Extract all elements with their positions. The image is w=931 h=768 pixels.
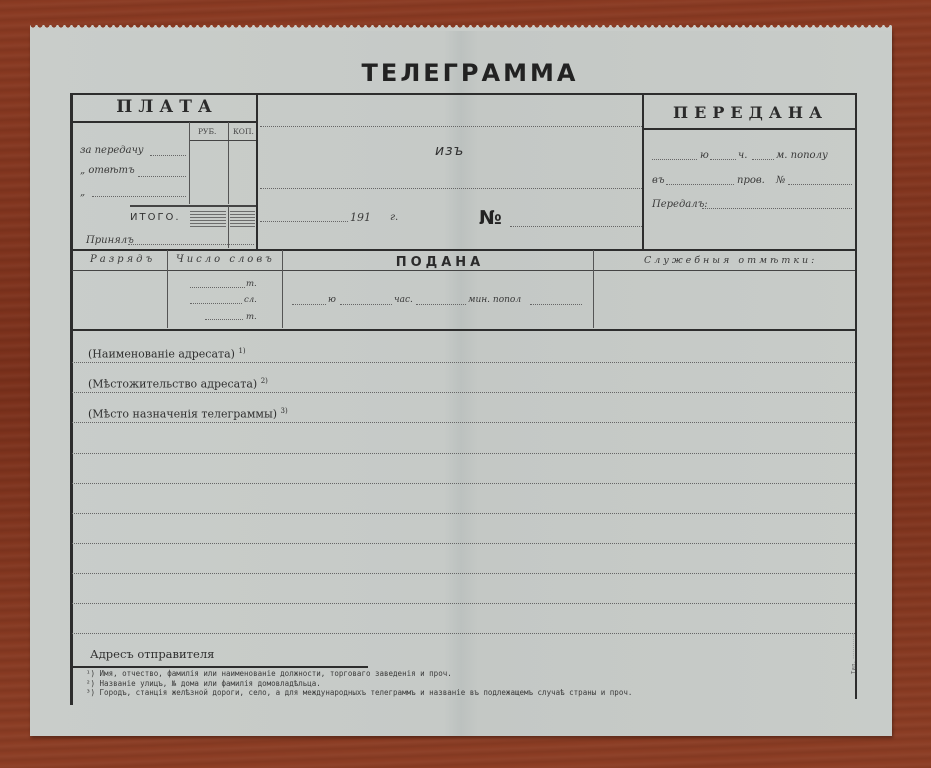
footnote-1: ¹) Имя, отчество, фамилія или наименован… xyxy=(86,669,452,678)
message-line-5[interactable] xyxy=(72,573,855,574)
destination-text: (Мѣсто назначенія телеграммы) xyxy=(88,408,277,421)
plata-header: ПЛАТА xyxy=(82,97,252,117)
submitted-min-label: мин. попол xyxy=(468,295,521,305)
printer-imprint: Тип. ············ xyxy=(851,614,857,674)
plata-header-rule xyxy=(72,121,257,123)
plata-accepted-label: Принялъ xyxy=(86,235,134,246)
peredana-day-label: ю xyxy=(700,150,709,161)
plata-row-2-blank[interactable] xyxy=(138,176,186,177)
submitted-day-label: ю xyxy=(328,295,336,305)
submitted-header: ПОДАНА xyxy=(330,255,550,270)
destination-line[interactable] xyxy=(72,422,855,423)
message-line-4[interactable] xyxy=(72,543,855,544)
peredana-num-label: № xyxy=(776,175,785,186)
peredana-via-blank[interactable] xyxy=(666,184,734,185)
frame-top xyxy=(70,93,857,95)
message-line-2[interactable] xyxy=(72,483,855,484)
footnote-ref-1: 1) xyxy=(238,347,245,355)
footnote-3: ³) Городъ, станція желѣзной дороги, село… xyxy=(86,688,632,697)
message-line-7[interactable] xyxy=(72,633,855,634)
submitted-tail-blank[interactable] xyxy=(530,304,582,305)
plata-col-divider-2 xyxy=(228,122,229,204)
origin-number-sign: № xyxy=(479,207,502,229)
plata-total-rub-field[interactable] xyxy=(190,211,226,229)
words-row-1-label: т. xyxy=(246,279,257,289)
peredana-min-blank[interactable] xyxy=(752,159,774,160)
middle-divider-1 xyxy=(167,250,168,328)
submitted-hour-blank[interactable] xyxy=(340,304,392,305)
peredana-via-label: въ xyxy=(652,175,665,186)
middle-header-rule xyxy=(72,270,855,271)
peredana-min-label: м. пополу xyxy=(776,150,828,161)
plata-accepted-blank[interactable] xyxy=(128,244,254,245)
plata-row-reply: „ отвѣтъ xyxy=(80,165,135,176)
frame-right xyxy=(855,93,857,699)
peredana-header: ПЕРЕДАНА xyxy=(648,103,853,122)
sender-address-rule[interactable] xyxy=(72,666,368,668)
message-line-1[interactable] xyxy=(72,453,855,454)
origin-year-suffix: г. xyxy=(390,212,398,223)
peredana-sender-label: Передалъ: xyxy=(652,199,708,210)
submitted-hour-label: час. xyxy=(394,295,413,305)
message-line-6[interactable] xyxy=(72,603,855,604)
message-line-3[interactable] xyxy=(72,513,855,514)
addressee-residence-line[interactable] xyxy=(72,392,855,393)
category-header: Разрядъ xyxy=(90,254,155,265)
words-row-2-blank[interactable] xyxy=(190,303,242,304)
middle-divider-3 xyxy=(593,250,594,328)
origin-year: 191 xyxy=(350,211,371,224)
telegram-form: ТЕЛЕГРАММА ПЛАТА РУБ. КОП. за передачу „… xyxy=(30,29,892,736)
plata-col-rub: РУБ. xyxy=(198,127,216,136)
submitted-min-blank[interactable] xyxy=(416,304,466,305)
footnote-ref-3: 3) xyxy=(281,407,288,415)
middle-divider-2 xyxy=(282,250,283,328)
origin-number-blank[interactable] xyxy=(510,226,642,227)
plata-row-3-blank[interactable] xyxy=(92,196,186,197)
plata-total-kop-field[interactable] xyxy=(230,211,255,229)
peredana-day-blank[interactable] xyxy=(652,159,697,160)
middle-top-rule xyxy=(72,249,857,251)
sender-address-label: Адресъ отправителя xyxy=(90,647,214,661)
plata-row-1-blank[interactable] xyxy=(150,155,186,156)
plata-total-divider xyxy=(228,206,229,248)
form-title: ТЕЛЕГРАММА xyxy=(360,59,580,87)
peredana-header-rule xyxy=(644,128,855,130)
words-row-3-label: т. xyxy=(246,312,257,322)
peredana-wire-label: пров. xyxy=(737,175,765,186)
origin-right-border xyxy=(642,93,644,250)
plata-row-transmission: за передачу xyxy=(80,145,144,156)
plata-col-kop: КОП. xyxy=(233,127,254,136)
words-row-1-blank[interactable] xyxy=(190,287,245,288)
plata-total-label: ИТОГО. xyxy=(130,212,181,223)
service-notes-header: Служебныя отмѣтки: xyxy=(644,255,817,266)
origin-place-blank[interactable] xyxy=(260,188,642,189)
peredana-hour-label: ч. xyxy=(738,150,747,161)
origin-from-label: изъ xyxy=(435,143,464,159)
plata-row-ditto: „ xyxy=(80,187,85,198)
plata-right-border xyxy=(256,93,258,250)
destination-label: (Мѣсто назначенія телеграммы) 3) xyxy=(88,407,288,421)
peredana-num-blank[interactable] xyxy=(788,184,852,185)
word-count-header: Число словъ xyxy=(176,254,275,265)
addressee-residence-text: (Мѣстожительство адресата) xyxy=(88,378,257,391)
addressee-residence-label: (Мѣстожительство адресата) 2) xyxy=(88,377,268,391)
origin-date-blank[interactable] xyxy=(260,221,348,222)
words-row-3-blank[interactable] xyxy=(205,319,243,320)
peredana-hour-blank[interactable] xyxy=(710,159,736,160)
origin-top-blank[interactable] xyxy=(260,126,642,127)
footnote-ref-2: 2) xyxy=(261,377,268,385)
addressee-name-text: (Наименованіе адресата) xyxy=(88,348,235,361)
frame-left xyxy=(70,93,73,705)
words-row-2-label: сл. xyxy=(244,295,257,305)
addressee-name-line[interactable] xyxy=(72,362,855,363)
plata-col-header-rule xyxy=(190,140,256,141)
peredana-sender-blank[interactable] xyxy=(702,208,852,209)
plata-total-rule xyxy=(130,205,256,207)
plata-col-divider-1 xyxy=(189,122,190,204)
middle-bottom-rule xyxy=(72,329,857,331)
submitted-day-blank[interactable] xyxy=(292,304,326,305)
addressee-name-label: (Наименованіе адресата) 1) xyxy=(88,347,246,361)
footnote-2: ²) Названіе улицъ, № дома или фамилія до… xyxy=(86,679,321,688)
